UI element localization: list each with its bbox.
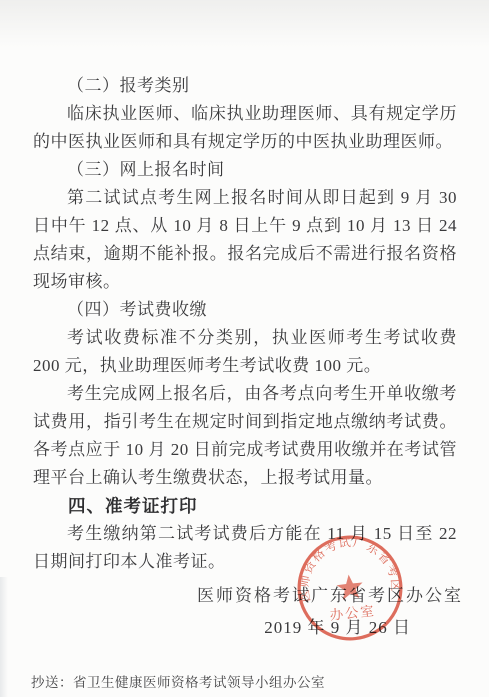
- scan-edge-artifact: [0, 577, 8, 697]
- chapter-heading-admission-ticket: 四、准考证打印: [33, 492, 457, 520]
- section-heading-3: （三）网上报名时间: [33, 156, 457, 184]
- scan-shadow-artifact: [0, 0, 489, 60]
- section-heading-4: （四）考试费收缴: [33, 296, 457, 324]
- cc-footer: 抄送：省卫生健康医师资格考试领导小组办公室: [31, 671, 325, 691]
- signature-date: 2019 年 9 月 26 日: [264, 613, 411, 638]
- paragraph-registration-time: 第二试试点考生网上报名时间从即日起到 9 月 30 日中午 12 点、从 10 …: [33, 184, 457, 296]
- section-heading-2: （二）报考类别: [33, 72, 457, 100]
- paragraph-fee-collection: 考生完成网上报名后，由各考点向考生开单收缴考试费用，指引考生在规定时间到指定地点…: [33, 380, 457, 492]
- signature-office-name: 医师资格考试广东省考区办公室: [197, 581, 463, 606]
- paragraph-categories: 临床执业医师、临床执业助理医师、具有规定学历的中医执业医师和具有规定学历的中医执…: [33, 100, 457, 156]
- document-page: （二）报考类别 临床执业医师、临床执业助理医师、具有规定学历的中医执业医师和具有…: [0, 0, 489, 697]
- document-body: （二）报考类别 临床执业医师、临床执业助理医师、具有规定学历的中医执业医师和具有…: [33, 72, 457, 576]
- paragraph-admission-ticket: 考生缴纳第二试考试费后方能在 11 月 15 日至 22 日期间打印本人准考证。: [33, 520, 457, 576]
- paragraph-fees: 考试收费标准不分类别，执业医师考生考试收费 200 元，执业助理医师考生考试收费…: [33, 324, 457, 380]
